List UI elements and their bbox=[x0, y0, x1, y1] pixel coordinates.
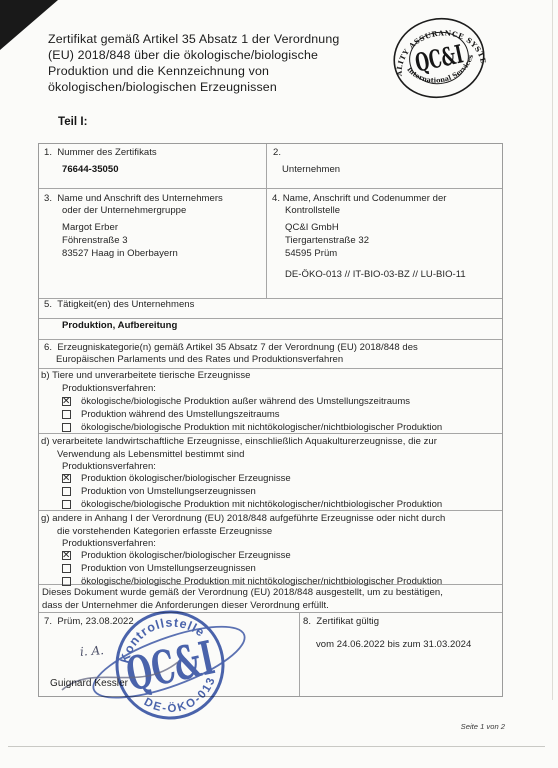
certificate-number-value: 76644-35050 bbox=[62, 164, 119, 176]
field1-label: 1. Nummer des Zertifikats bbox=[44, 147, 157, 159]
option-label: Produktion während des Umstellungszeitra… bbox=[81, 409, 280, 420]
field6-label: 6. Erzeugniskategorie(n) gemäß Artikel 3… bbox=[44, 342, 418, 354]
section-g-sublabel: Produktionsverfahren: bbox=[62, 538, 156, 550]
authority-address-line: QC&I GmbH bbox=[285, 222, 339, 234]
option-label: Produktion von Umstellungserzeugnissen bbox=[81, 486, 256, 497]
field5-label: 5. Tätigkeit(en) des Unternehmens bbox=[44, 299, 194, 311]
authority-code-numbers: DE-ÖKO-013 // IT-BIO-03-BZ // LU-BIO-11 bbox=[285, 269, 466, 281]
operator-address-line: 83527 Haag in Oberbayern bbox=[62, 248, 178, 260]
operator-address-line: Föhrenstraße 3 bbox=[62, 235, 128, 247]
field2-label: Unternehmen bbox=[282, 164, 340, 176]
checkbox bbox=[62, 577, 71, 586]
section-b-sublabel: Produktionsverfahren: bbox=[62, 383, 156, 395]
checkbox bbox=[62, 397, 71, 406]
section-g-heading: g) andere in Anhang I der Verordnung (EU… bbox=[41, 513, 445, 525]
table-rule bbox=[39, 433, 502, 434]
option-label: ökologische/biologische Produktion mit n… bbox=[81, 499, 442, 510]
qci-seal-icon: QUALITY ASSURANCE SYSTEM International S… bbox=[388, 13, 490, 103]
option-label: ökologische/biologische Produktion mit n… bbox=[81, 422, 442, 433]
table-rule bbox=[39, 368, 502, 369]
control-body-stamp-icon: Kontrollstelle DE-ÖKO-013 QC&I bbox=[60, 598, 320, 760]
field3-label: oder der Unternehmergruppe bbox=[62, 205, 186, 217]
field2-number: 2. bbox=[273, 147, 281, 159]
table-rule bbox=[39, 318, 502, 319]
scan-edge-line bbox=[552, 0, 553, 700]
document-title-line: (EU) 2018/848 über die ökologische/biolo… bbox=[48, 47, 318, 63]
section-b-heading: b) Tiere und unverarbeitete tierische Er… bbox=[41, 370, 250, 382]
document-title-line: ökologischen/biologischen Erzeugnissen bbox=[48, 79, 277, 95]
table-rule bbox=[39, 188, 502, 189]
option-label: Produktion ökologischer/biologischer Erz… bbox=[81, 473, 291, 484]
checkbox bbox=[62, 500, 71, 509]
checkbox bbox=[62, 410, 71, 419]
authority-address-line: Tiergartenstraße 32 bbox=[285, 235, 369, 247]
checkbox bbox=[62, 564, 71, 573]
footer-rule bbox=[8, 746, 545, 747]
part-label: Teil I: bbox=[58, 116, 88, 128]
field4-label: Kontrollstelle bbox=[285, 205, 340, 217]
section-g-heading: die vorstehenden Kategorien erfasste Erz… bbox=[57, 526, 272, 538]
section-d-heading: d) verarbeitete landwirtschaftliche Erze… bbox=[41, 436, 437, 448]
field6-label: Europäischen Parlaments und des Rates un… bbox=[56, 354, 343, 366]
option-label: ökologische/biologische Produktion mit n… bbox=[81, 576, 442, 587]
section-d-sublabel: Produktionsverfahren: bbox=[62, 461, 156, 473]
field4-label: 4. Name, Anschrift und Codenummer der bbox=[272, 193, 447, 205]
checkbox bbox=[62, 487, 71, 496]
checkbox bbox=[62, 423, 71, 432]
checkbox bbox=[62, 474, 71, 483]
option-label: Produktion von Umstellungserzeugnissen bbox=[81, 563, 256, 574]
document-title-line: Zertifikat gemäß Artikel 35 Absatz 1 der… bbox=[48, 31, 339, 47]
scanned-certificate-page: Zertifikat gemäß Artikel 35 Absatz 1 der… bbox=[0, 0, 558, 768]
section-d-heading: Verwendung als Lebensmittel bestimmt sin… bbox=[57, 449, 244, 461]
table-rule bbox=[39, 339, 502, 340]
operator-address-line: Margot Erber bbox=[62, 222, 118, 234]
page-number-label: Seite 1 von 2 bbox=[415, 722, 505, 731]
table-rule bbox=[39, 510, 502, 511]
table-rule bbox=[266, 144, 267, 298]
field3-label: 3. Name und Anschrift des Unternehmers bbox=[44, 193, 223, 205]
activities-value: Produktion, Aufbereitung bbox=[62, 320, 177, 332]
validity-period-value: vom 24.06.2022 bis zum 31.03.2024 bbox=[316, 639, 471, 651]
option-label: ökologische/biologische Produktion außer… bbox=[81, 396, 410, 407]
document-title-line: Produktion und die Kennzeichnung von bbox=[48, 63, 269, 79]
checkbox bbox=[62, 551, 71, 560]
option-label: Produktion ökologischer/biologischer Erz… bbox=[81, 550, 291, 561]
authority-address-line: 54595 Prüm bbox=[285, 248, 337, 260]
